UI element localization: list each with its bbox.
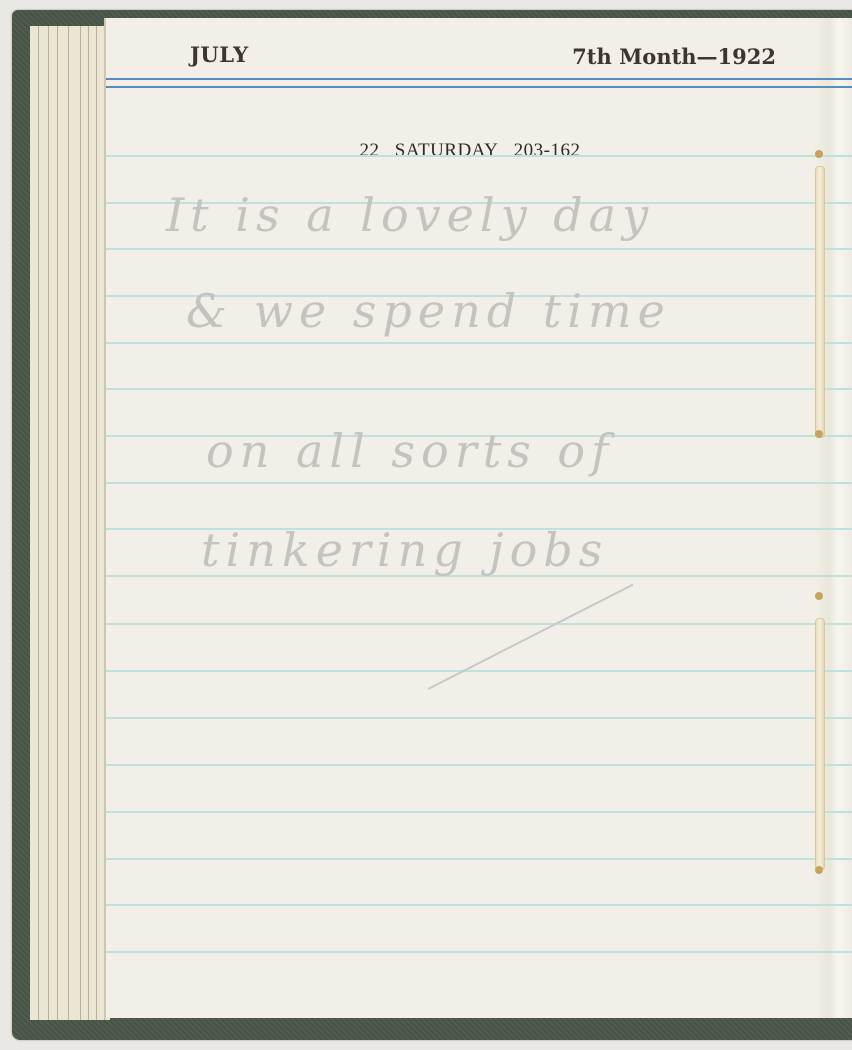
binding-knot-3 — [815, 592, 823, 600]
entry-line-4: tinkering jobs — [201, 523, 608, 577]
binding-knot-2 — [815, 430, 823, 438]
header-rule-top — [106, 78, 852, 80]
entry-line-3: on all sorts of — [206, 424, 614, 478]
day-number: 22 — [360, 140, 380, 161]
binding-knot-1 — [815, 150, 823, 158]
weekday: SATURDAY — [395, 140, 499, 161]
binding-thread-lower — [815, 618, 825, 870]
month-heading: JULY — [190, 42, 249, 67]
month-year-heading: 7th Month—1922 — [572, 44, 776, 69]
entry-line-1: It is a lovely day — [166, 188, 654, 242]
header-rule-bottom — [106, 86, 852, 88]
binding-knot-4 — [815, 866, 823, 874]
pencil-end-stroke — [428, 584, 634, 690]
binding-thread-upper — [815, 166, 825, 438]
entry-line-2: & we spend time — [186, 284, 671, 338]
day-count: 203-162 — [514, 140, 581, 161]
diary-page: JULY 7th Month—1922 22 SATURDAY 203-162 … — [104, 18, 852, 1018]
page-stack-edges — [30, 26, 110, 1020]
date-line: 22 SATURDAY 203-162 — [106, 140, 794, 162]
